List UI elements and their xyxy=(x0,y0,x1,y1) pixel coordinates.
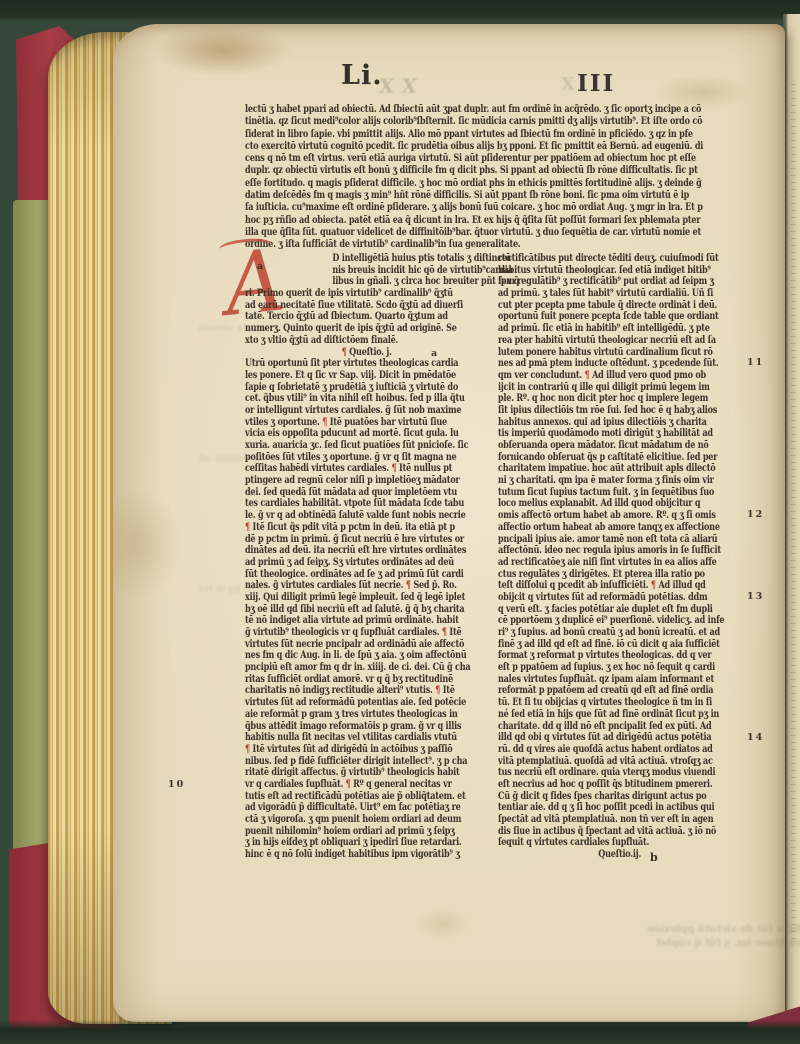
pilcrow-icon: ¶ xyxy=(651,579,656,591)
left-column-body-2: Utrū oportunū ſit pter virtutes theologi… xyxy=(245,358,487,861)
running-title-ghost-right: X xyxy=(561,74,575,95)
pilcrow-icon: ¶ xyxy=(585,369,590,381)
book-page: XX X Li. III lectū ʒ habet ppari ad obie… xyxy=(113,24,785,1022)
show-through-margin-1: itē de virtutū xyxy=(155,324,265,334)
pilcrow-icon: ¶ xyxy=(346,778,351,790)
show-through-bottom-2: cū pro q̃tuor im. ʒ ſūt q̃ cōplet xyxy=(565,938,800,949)
margin-ref-14: 14 xyxy=(747,732,764,743)
show-through-margin-2: q̃ ordināt ad xyxy=(151,454,261,464)
folio-header-right: III xyxy=(577,70,615,97)
text-line: ſa iuſticia. cu⁹maxime eſt ordinē pſider… xyxy=(245,201,750,213)
pilcrow-icon: ¶ xyxy=(442,626,447,638)
text-line: tinētia. qz ſicut medi⁹color alijs color… xyxy=(245,115,750,127)
pilcrow-icon: ¶ xyxy=(245,521,250,533)
pilcrow-icon: ¶ xyxy=(435,684,440,696)
question-heading-1-label: Queſtio. j. xyxy=(349,346,392,358)
text-line: cens q nō tm eſt virtus. verū etiā aurig… xyxy=(245,152,750,164)
folio-header-left: Li. xyxy=(341,60,383,91)
left-column-body-1: ri. Primo querit de ipis virtutib⁹ cardi… xyxy=(245,288,487,346)
text-line: ordine. ʒ iſta ſufficiāt de virtutib⁹ ca… xyxy=(245,238,750,250)
adjacent-page-text-marks xyxy=(791,84,796,944)
text-line: datim deſcēdēs fm q magis ʒ min⁹ hñt rōn… xyxy=(245,189,750,201)
margin-ref-11: 11 xyxy=(747,357,764,368)
margin-ref-13: 13 xyxy=(747,591,764,602)
text-line: hoc pʒ rñſio ad obiecta. patēt etiā ea q… xyxy=(245,214,750,226)
pilcrow-icon: ¶ xyxy=(342,346,347,358)
text-line: duplr. qz obiectū virtutis eſt bonū ʒ di… xyxy=(245,164,750,176)
shadow-band-top xyxy=(0,0,800,22)
right-column: rectificātibus put directe tēditi deuʒ. … xyxy=(498,253,740,878)
pilcrow-icon: ¶ xyxy=(322,416,327,428)
left-column: A a D intelligētiā huius ptis totalis ʒ … xyxy=(245,253,487,878)
pilcrow-icon: ¶ xyxy=(406,579,411,591)
text-line: lectū ʒ habet ppari ad obiectū. Ad ſbiec… xyxy=(245,103,750,115)
top-paragraph: lectū ʒ habet ppari ad obiectū. Ad ſbiec… xyxy=(245,103,745,253)
text-line: hinc ē q nō ſolū indiget habitibus ipm v… xyxy=(245,849,488,861)
show-through-bottom-1: ea q dicta ſūt de virtutū pplexiōe xyxy=(561,924,800,935)
left-column-intro: D intelligētiā huius ptis totalis ʒ diſt… xyxy=(245,253,487,288)
quire-signature-a: a xyxy=(431,348,437,359)
quire-signature-b: b xyxy=(650,851,658,864)
text-line: ſiderat in libro ſapie. vbi pmittit alij… xyxy=(245,128,750,140)
show-through-margin-3: ſicut pʒ in lra xyxy=(157,584,267,594)
adjacent-page-sliver xyxy=(783,14,800,1020)
book-photo: { "colors":{"background_green":"#36483a"… xyxy=(0,0,800,1044)
margin-ref-10: 10 xyxy=(168,779,185,790)
question-heading-2: Queſtio.ij. xyxy=(498,849,741,861)
text-line: illa que q̃ſita ſūt. quatuor videlicet d… xyxy=(245,226,750,238)
text-line: cto exercitō virtutū cognitō pcedit. ſic… xyxy=(245,140,750,152)
text-line: eſſe fortitudo. q magis pſiderat diffici… xyxy=(245,177,750,189)
running-title-ghost-left: XX xyxy=(377,76,426,98)
shadow-band-bottom xyxy=(0,1020,800,1044)
pilcrow-icon: ¶ xyxy=(245,743,250,755)
pilcrow-icon: ¶ xyxy=(392,462,397,474)
right-column-body: rectificātibus put directe tēditi deuʒ. … xyxy=(498,253,740,849)
margin-ref-12: 12 xyxy=(747,509,764,520)
question-heading-2-label: Queſtio.ij. xyxy=(598,848,641,860)
